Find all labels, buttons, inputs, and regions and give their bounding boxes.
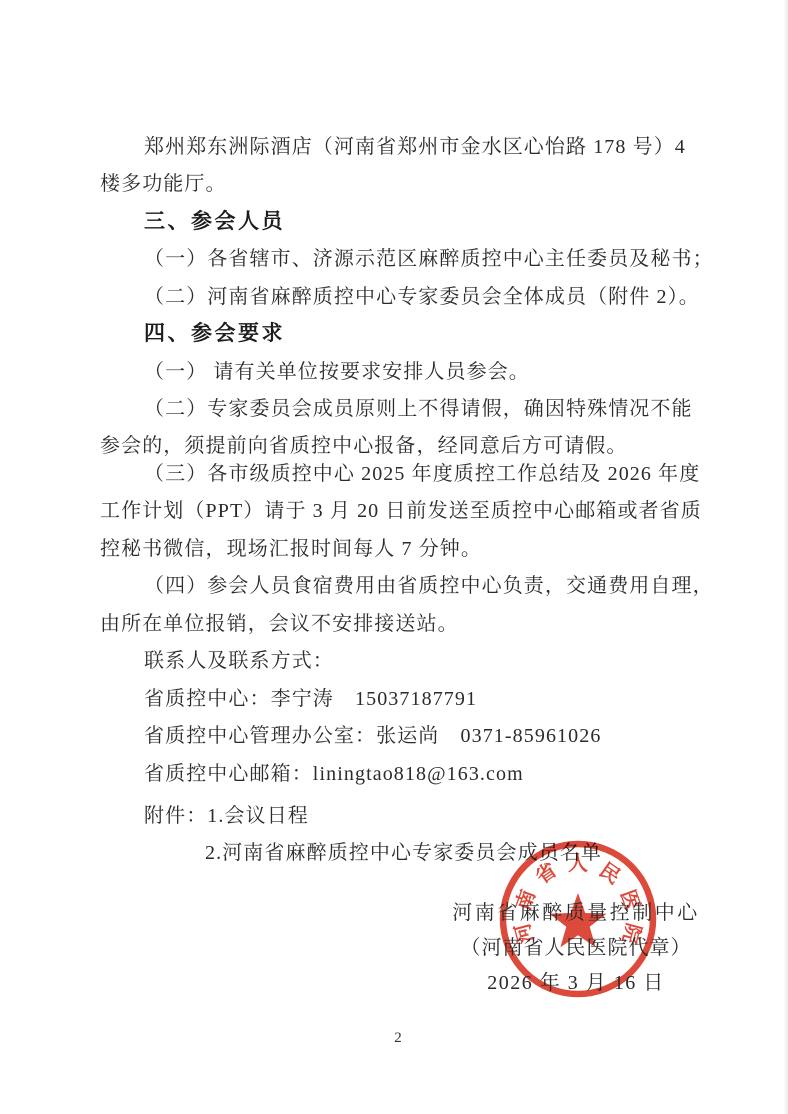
signature-date: 2026 年 3 月 16 日 xyxy=(418,966,734,995)
document-line: 郑州郑东洲际酒店（河南省郑州市金水区心怡路 178 号）4 xyxy=(100,135,760,159)
document-line: 由所在单位报销，会议不安排接送站。 xyxy=(100,612,716,636)
document-line: 参会的，须提前向省质控中心报备，经同意后方可请假。 xyxy=(100,434,716,458)
section-heading: 三、参会人员 xyxy=(100,210,760,234)
section-heading: 四、参会要求 xyxy=(100,322,760,346)
document-line: 省质控中心管理办公室：张运尚 0371-85961026 xyxy=(100,724,760,748)
document-line: 控秘书微信，现场汇报时间每人 7 分钟。 xyxy=(100,537,716,561)
seal-arc-char: 人 xyxy=(568,852,588,875)
document-line: 附件：1.会议日程 xyxy=(100,804,760,828)
document-line: 联系人及联系方式： xyxy=(100,649,760,673)
document-line: 工作计划（PPT）请于 3 月 20 日前发送至质控中心邮箱或者省质 xyxy=(100,499,716,523)
document-line: （二）河南省麻醉质控中心专家委员会全体成员（附件 2）。 xyxy=(100,285,760,309)
document-line: （二）专家委员会成员原则上不得请假，确因特殊情况不能 xyxy=(100,397,760,421)
document-line: （三）各市级质控中心 2025 年度质控工作总结及 2026 年度 xyxy=(100,462,760,486)
document-page: 郑州郑东洲际酒店（河南省郑州市金水区心怡路 178 号）4楼多功能厅。三、参会人… xyxy=(0,0,788,1114)
seal-arc-char: 民 xyxy=(595,858,625,888)
seal-arc-char: 省 xyxy=(531,858,561,889)
document-line: 省质控中心邮箱：liningtao818@163.com xyxy=(100,762,760,786)
document-line: （四）参会人员食宿费用由省质控中心负责，交通费用自理， xyxy=(100,574,760,598)
document-line: （一）各省辖市、济源示范区麻醉质控中心主任委员及秘书； xyxy=(100,247,760,271)
scan-edge-shadow xyxy=(783,0,788,1114)
document-line: 2.河南省麻醉质控中心专家委员会成员名单 xyxy=(100,841,788,865)
document-line: （一） 请有关单位按要求安排人员参会。 xyxy=(100,360,760,384)
page-number: 2 xyxy=(358,1030,438,1047)
document-line: 省质控中心：李宁涛 15037187791 xyxy=(100,687,760,711)
signature-agency-note: （河南省人民医院代章） xyxy=(418,931,734,960)
document-line: 楼多功能厅。 xyxy=(100,172,716,196)
signature-org: 河南省麻醉质量控制中心 xyxy=(418,896,734,925)
